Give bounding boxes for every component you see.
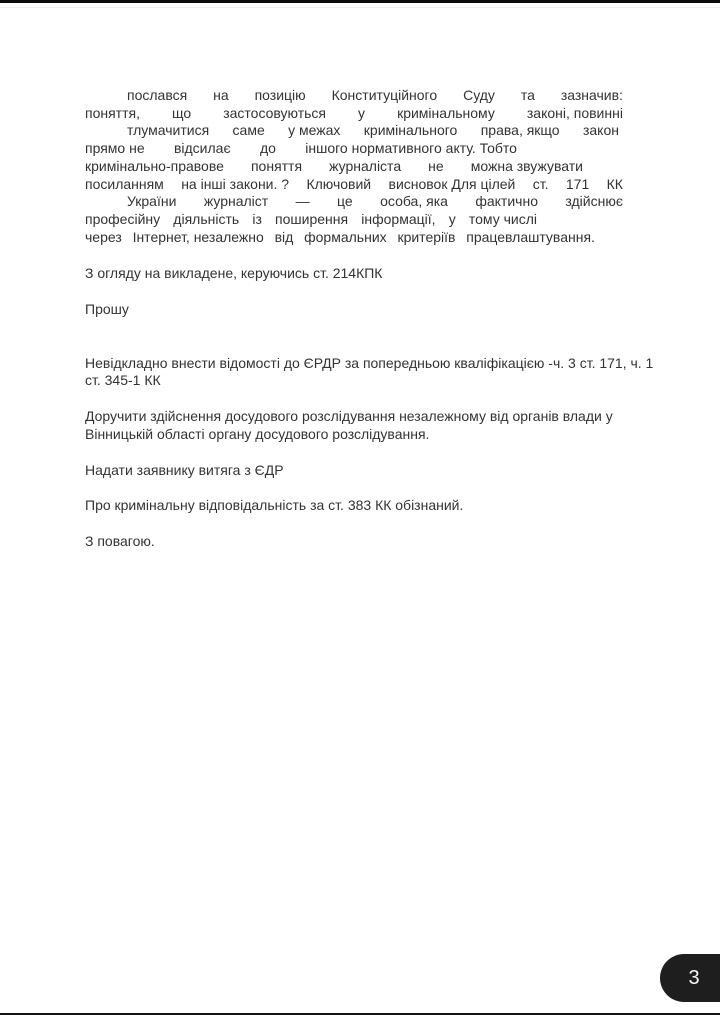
word-group: послався <box>127 87 187 105</box>
word-group: Ключовий <box>306 176 371 194</box>
word-group: здійснює <box>565 193 623 211</box>
paragraph: З повагою. <box>85 533 625 551</box>
word-group: кримінального <box>364 122 458 140</box>
word-group: через <box>85 229 122 247</box>
word-group: іншого нормативного акту. Тобто <box>305 140 517 158</box>
word-group: журналіста <box>329 158 401 176</box>
word-group: журналіст <box>204 193 268 211</box>
word-group: кримінальному <box>397 105 495 123</box>
word-group: кримінально-правове <box>85 158 224 176</box>
word-group: Суду <box>463 87 495 105</box>
word-group: — <box>296 193 310 211</box>
word-group: діяльність <box>173 211 239 229</box>
paragraph-line: Про кримінальну відповідальність за ст. … <box>85 497 625 515</box>
word-group: та <box>521 87 535 105</box>
paragraph-line: Невідкладно внести відомості до ЄРДР за … <box>85 355 625 373</box>
justified-line: посиланнямна інші закони. ?Ключовийвисно… <box>85 176 623 194</box>
word-group: відсилає <box>174 140 231 158</box>
word-group: Конституційного <box>332 87 438 105</box>
word-group: від <box>275 229 294 247</box>
word-group: права, якщо <box>481 122 560 140</box>
word-group: що <box>172 105 191 123</box>
word-group: фактично <box>475 193 538 211</box>
word-group: прямо не <box>85 140 145 158</box>
word-group: тому числі <box>469 211 537 229</box>
word-group: закон <box>583 122 619 140</box>
paragraph: Надати заявнику витяга з ЄДР <box>85 462 625 480</box>
word-group: позицію <box>255 87 306 105</box>
word-group: на інші закони. ? <box>181 176 289 194</box>
word-group: інформації, <box>361 211 435 229</box>
word-group: не <box>428 158 444 176</box>
paragraph: Про кримінальну відповідальність за ст. … <box>85 497 625 515</box>
word-group: Інтернет, незалежно <box>133 229 264 247</box>
top-window-edge <box>0 0 720 3</box>
justified-line: тлумачитисясамеу межахкримінальногоправа… <box>127 122 619 140</box>
word-group: тлумачитися <box>127 122 209 140</box>
word-group: із <box>252 211 262 229</box>
word-group: особа, яка <box>380 193 448 211</box>
paragraph-line: Доручити здійснення досудового розслідув… <box>85 408 625 426</box>
paragraph: З огляду на викладене, керуючись ст. 214… <box>85 265 625 283</box>
header-divider <box>0 7 720 8</box>
justified-line: поняття,щозастосовуютьсяукримінальномуза… <box>85 105 623 123</box>
document-page: { "page": { "number": "3", "colors": { "… <box>0 0 720 1020</box>
word-group: до <box>260 140 276 158</box>
paragraph-line: ст. 345-1 КК <box>85 372 625 390</box>
word-group: професійну <box>85 211 160 229</box>
document-content: пославсянапозиціюКонституційногоСудутаза… <box>85 87 625 551</box>
word-group: ст. <box>533 176 549 194</box>
word-group: висновок Для цілей <box>389 176 516 194</box>
page-number-badge: 3 <box>660 954 720 1002</box>
justified-line: кримінально-правовепоняттяжурналістанемо… <box>85 158 583 176</box>
word-group: застосовуються <box>223 105 326 123</box>
paragraph: Доручити здійснення досудового розслідув… <box>85 408 625 443</box>
word-group: поняття, <box>85 105 140 123</box>
word-group: поняття <box>251 158 302 176</box>
word-group: можна звужувати <box>471 158 583 176</box>
justified-paragraph: пославсянапозиціюКонституційногоСудутаза… <box>85 87 625 246</box>
word-group: у <box>358 105 365 123</box>
footer-divider <box>0 1013 720 1015</box>
word-group: саме <box>233 122 265 140</box>
word-group: у межах <box>288 122 340 140</box>
word-group: посиланням <box>85 176 164 194</box>
paragraph: Прошу <box>85 301 625 319</box>
paragraph-line: Прошу <box>85 301 625 319</box>
word-group: формальних <box>304 229 387 247</box>
word-group: це <box>337 193 353 211</box>
word-group: у <box>449 211 456 229</box>
word-group: на <box>213 87 229 105</box>
justified-line: пославсянапозиціюКонституційногоСудутаза… <box>127 87 623 105</box>
paragraph-line: З огляду на викладене, керуючись ст. 214… <box>85 265 625 283</box>
word-group: 171 <box>566 176 589 194</box>
paragraph: Невідкладно внести відомості до ЄРДР за … <box>85 355 625 390</box>
justified-line: черезІнтернет, незалежновідформальнихкри… <box>85 229 595 247</box>
page-number: 3 <box>688 967 699 990</box>
paragraph-line: Вінницькій області органу досудового роз… <box>85 426 625 444</box>
justified-line: професійнудіяльністьізпоширенняінформаці… <box>85 211 537 229</box>
word-group: працевлаштування. <box>466 229 595 247</box>
word-group: поширення <box>275 211 348 229</box>
paragraph-line: З повагою. <box>85 533 625 551</box>
word-group: України <box>127 193 176 211</box>
justified-line: прямо невідсилаєдоіншого нормативного ак… <box>85 140 517 158</box>
word-group: КК <box>607 176 623 194</box>
paragraph-line: Надати заявнику витяга з ЄДР <box>85 462 625 480</box>
word-group: законі, повинні <box>527 105 623 123</box>
justified-line: Українижурналіст—цеособа, якафактичнозді… <box>127 193 623 211</box>
word-group: критеріїв <box>397 229 455 247</box>
word-group: зазначив: <box>561 87 623 105</box>
paragraph-list: З огляду на викладене, керуючись ст. 214… <box>85 265 625 550</box>
